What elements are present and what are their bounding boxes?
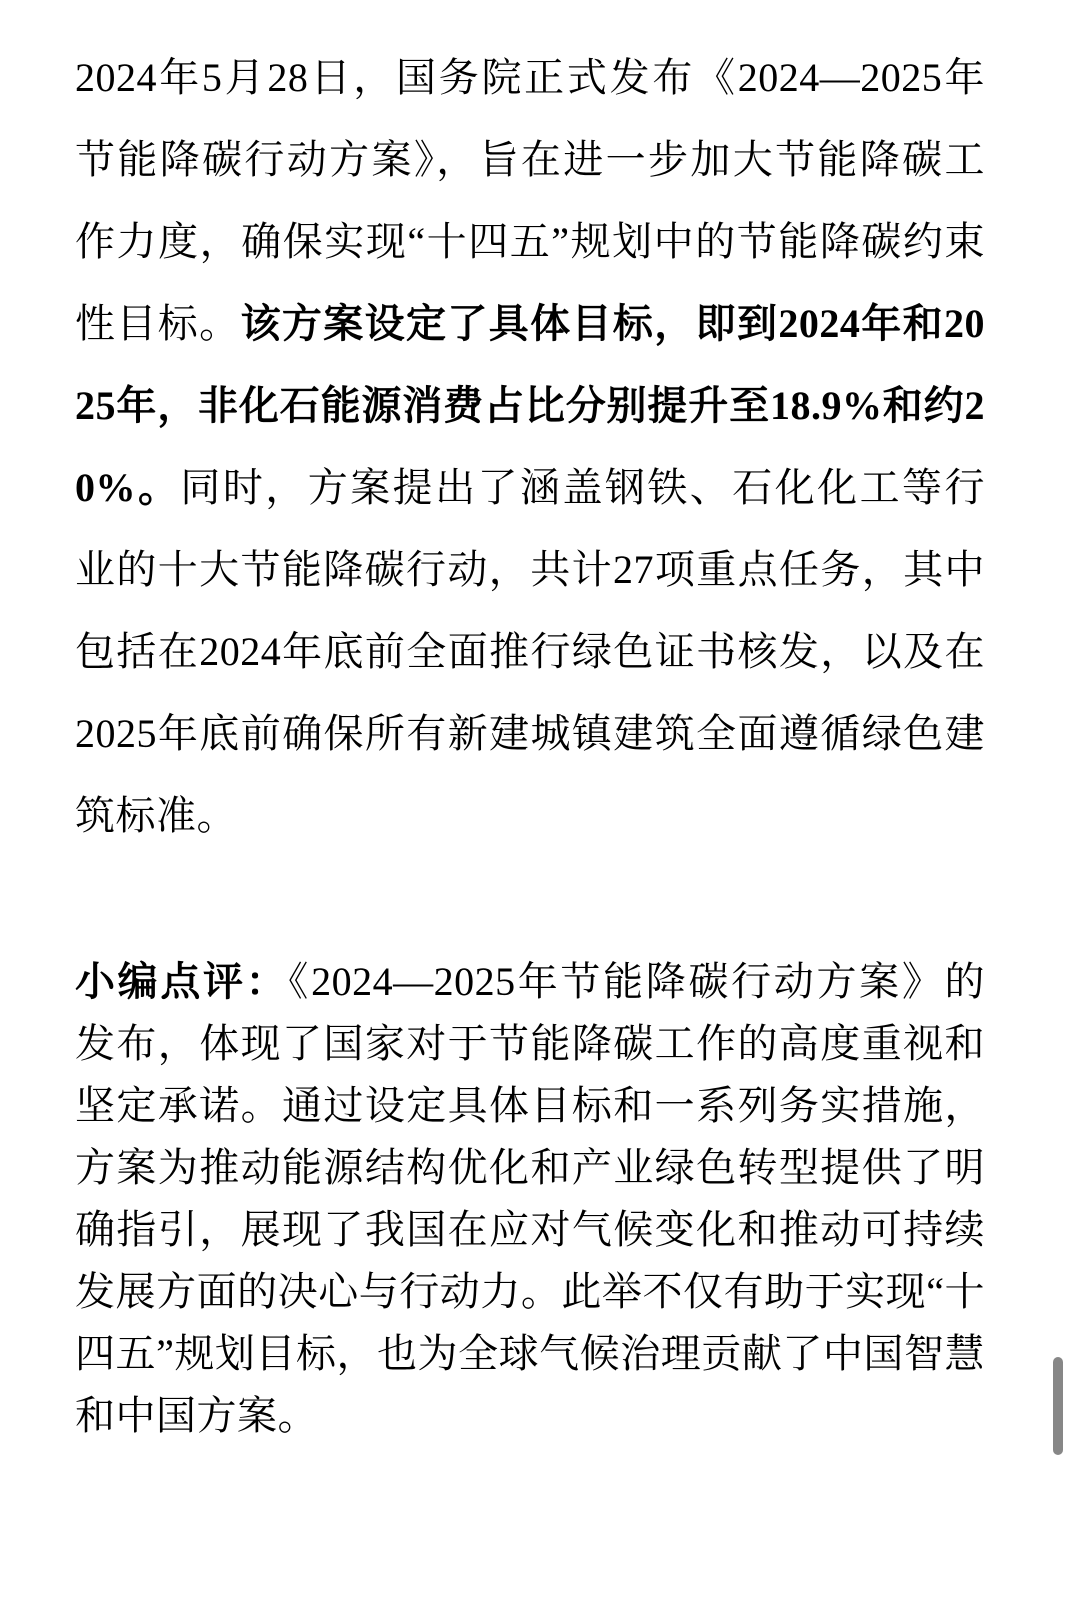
paragraph-editor-note: 小编点评：《2024—2025年节能降碳行动方案》的发布，体现了国家对于节能降碳… <box>0 951 1069 1447</box>
editor-note-label: 小编点评： <box>75 959 288 1004</box>
paragraph-intro: 2024年5月28日，国务院正式发布《2024—2025年节能降碳行动方案》，旨… <box>0 37 1069 857</box>
editor-note-text: 《2024—2025年节能降碳行动方案》的发布，体现了国家对于节能降碳工作的高度… <box>75 959 985 1438</box>
intro-text-run-2: 同时，方案提出了涵盖钢铁、石化化工等行业的十大节能降碳行动，共计27项重点任务，… <box>75 465 985 838</box>
scrollbar-thumb[interactable] <box>1053 1357 1063 1455</box>
article-body: 2024年5月28日，国务院正式发布《2024—2025年节能降碳行动方案》，旨… <box>0 37 1069 1447</box>
